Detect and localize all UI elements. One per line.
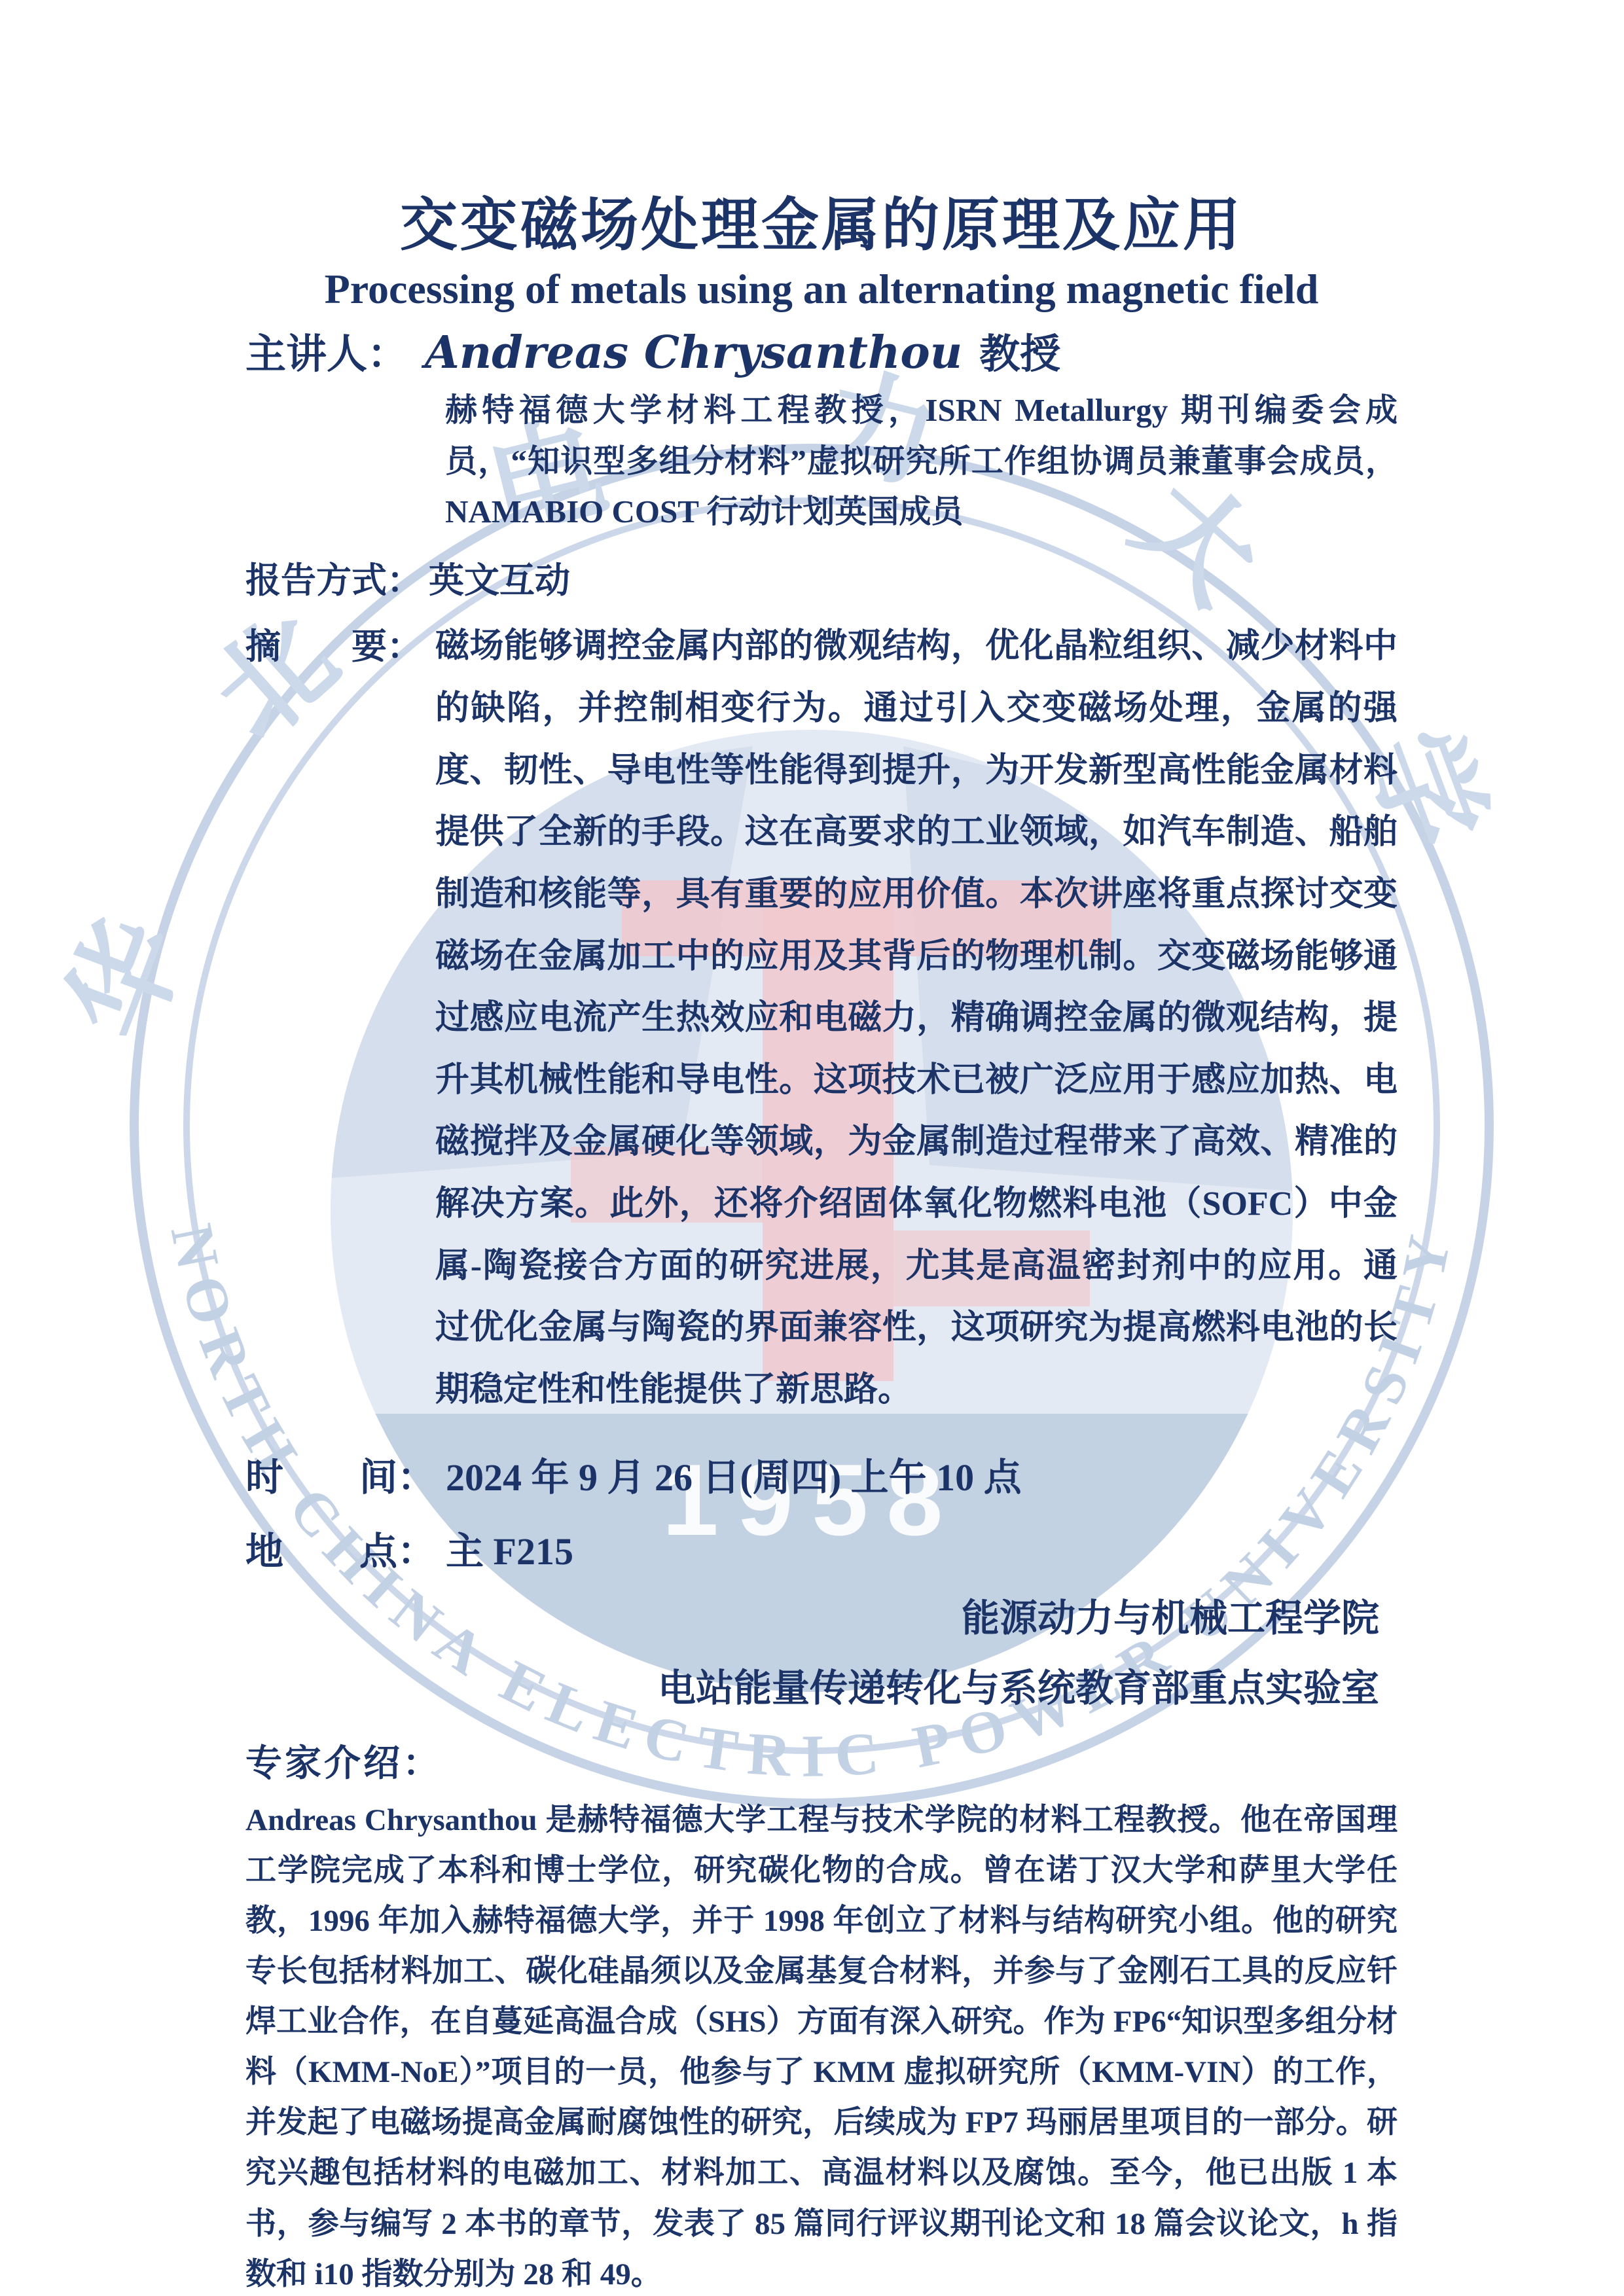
report-format-label: 报告方式： xyxy=(245,560,422,602)
speaker-row: 主讲人： Andreas Chrysanthou 教授 xyxy=(245,329,1398,378)
page-title-en: Processing of metals using an alternatin… xyxy=(245,267,1398,311)
report-format-value: 英文互动 xyxy=(429,560,570,602)
expert-intro-heading: 专家介绍： xyxy=(245,1742,1398,1786)
location-label: 地 点： xyxy=(245,1531,435,1573)
time-label: 时 间： xyxy=(245,1457,435,1499)
abstract-section: 摘 要： 磁场能够调控金属内部的微观结构，优化晶粒组织、减少材料中的缺陷，并控制… xyxy=(245,616,1398,1421)
speaker-bio-paragraph: 赫特福德大学材料工程教授，ISRN Metallurgy 期刊编委会成员，“知识… xyxy=(445,385,1398,537)
organizer-college: 能源动力与机械工程学院 xyxy=(245,1583,1379,1653)
document-content: 交变磁场处理金属的原理及应用 Processing of metals usin… xyxy=(245,196,1398,2296)
speaker-academic-title: 教授 xyxy=(979,332,1060,377)
speaker-label: 主讲人： xyxy=(245,332,408,377)
time-value: 2024 年 9 月 26 日(周四) 上午 10 点 xyxy=(446,1457,1022,1499)
seminar-poster-page: 1958 华北电力大学 NORTH CHINA ELECTRIC POWER U… xyxy=(0,0,1624,2296)
report-format-row: 报告方式： 英文互动 xyxy=(245,560,1398,602)
abstract-label: 摘 要： xyxy=(245,616,435,1421)
location-row: 地 点： 主 F215 xyxy=(245,1531,1398,1573)
expert-bio-paragraph: Andreas Chrysanthou 是赫特福德大学工程与技术学院的材料工程教… xyxy=(245,1795,1398,2296)
page-title-cn: 交变磁场处理金属的原理及应用 xyxy=(245,196,1398,257)
speaker-name: Andreas Chrysanthou xyxy=(425,329,962,378)
organizer-key-lab: 电站能量传递转化与系统教育部重点实验室 xyxy=(245,1653,1379,1723)
abstract-text: 磁场能够调控金属内部的微观结构，优化晶粒组织、减少材料中的缺陷，并控制相变行为。… xyxy=(435,616,1398,1421)
time-row: 时 间： 2024 年 9 月 26 日(周四) 上午 10 点 xyxy=(245,1457,1398,1499)
location-value: 主 F215 xyxy=(446,1531,573,1573)
organizer-lines: 能源动力与机械工程学院 电站能量传递转化与系统教育部重点实验室 xyxy=(245,1583,1398,1724)
